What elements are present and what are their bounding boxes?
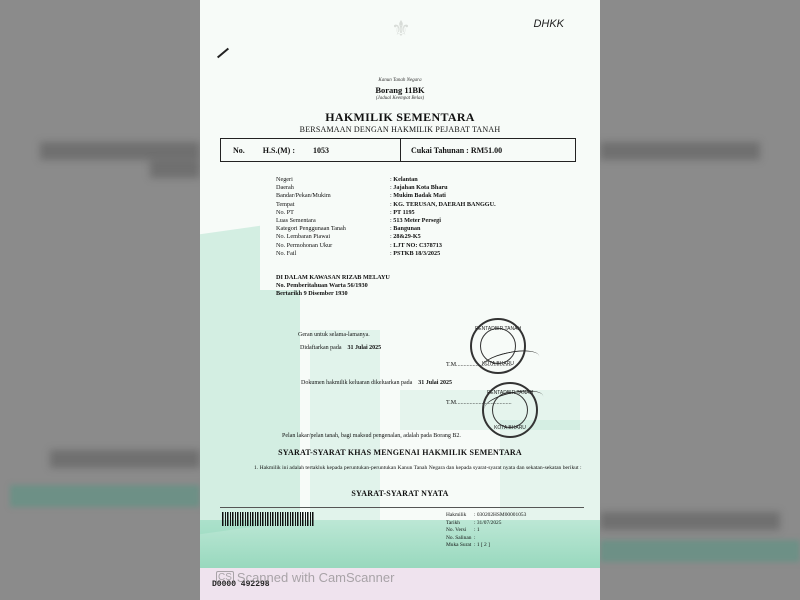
security-band	[200, 520, 600, 568]
coat-of-arms-icon: ⚜	[376, 16, 426, 50]
grant-text: Geran untuk selama-lamanya.	[298, 332, 370, 338]
corner-code: DHKK	[533, 18, 564, 30]
act-name: Kanun Tanah Negara	[200, 78, 600, 83]
schedule-note: (Jadual Keempat Belas)	[200, 96, 600, 101]
field-row: Kategori Penggunaan TanahBangunan	[276, 225, 496, 233]
field-row: No. Permohonan UkurLJT NO: C378713	[276, 242, 496, 250]
no-label: No.	[233, 146, 245, 155]
field-row: DaerahJajahan Kota Bharu	[276, 184, 496, 192]
clause-1: 1. Hakmilik ini adalah tertakluk kepada …	[254, 464, 584, 472]
plan-note: Pelan lakar/pelan tanah, bagi maksud pen…	[282, 433, 461, 439]
field-row: Luas Sementara513 Meter Persegi	[276, 217, 496, 225]
registered-line: Didaftarkan pada31 Julai 2025	[300, 345, 381, 351]
tax-label: Cukai Tahunan :	[411, 146, 469, 155]
blurred-background-right	[600, 0, 800, 600]
divider	[220, 507, 584, 508]
tax-value: RM51.00	[471, 146, 502, 155]
form-number: Borang 11BK	[200, 85, 600, 95]
malay-reserve-note: DI DALAM KAWASAN RIZAB MELAYU No. Pember…	[276, 274, 390, 298]
blurred-background-left	[0, 0, 200, 600]
hs-label: H.S.(M) :	[263, 146, 295, 155]
field-row: No. PTPT 1195	[276, 209, 496, 217]
field-row: Bandar/Pekan/MukimMukim Badak Mati	[276, 192, 496, 200]
footer-metadata: Hakmilik030202HSM00001053 Tarikh31/07/20…	[446, 512, 526, 550]
field-row: NegeriKelantan	[276, 176, 496, 184]
barcode-icon	[222, 512, 315, 526]
field-row: TempatKG. TERUSAN, DAERAH BANGGU.	[276, 201, 496, 209]
pen-mark	[217, 48, 229, 59]
camscanner-watermark: CS Scanned with CamScanner	[216, 570, 394, 585]
express-conditions-heading: SYARAT-SYARAT NYATA	[200, 489, 600, 498]
hs-value: 1053	[313, 146, 329, 155]
field-row: No. FailPSTKB 18/3/2025	[276, 250, 496, 258]
land-details: NegeriKelantan DaerahJajahan Kota Bharu …	[276, 176, 496, 258]
field-row: No. Lembaran Piawai28&29-K5	[276, 233, 496, 241]
title-number-box: No. H.S.(M) : 1053 Cukai Tahunan : RM51.…	[220, 138, 576, 162]
camscanner-logo-icon: CS	[216, 571, 234, 584]
issued-line: Dokumen hakmilik keluaran dikeluarkan pa…	[301, 380, 452, 386]
title-deed-document: ⚜ DHKK Kanun Tanah Negara Borang 11BK (J…	[200, 0, 600, 600]
special-conditions-heading: SYARAT-SYARAT KHAS MENGENAI HAKMILIK SEM…	[200, 448, 600, 457]
document-subtitle: BERSAMAAN DENGAN HAKMILIK PEJABAT TANAH	[200, 125, 600, 134]
document-title: HAKMILIK SEMENTARA	[200, 110, 600, 125]
